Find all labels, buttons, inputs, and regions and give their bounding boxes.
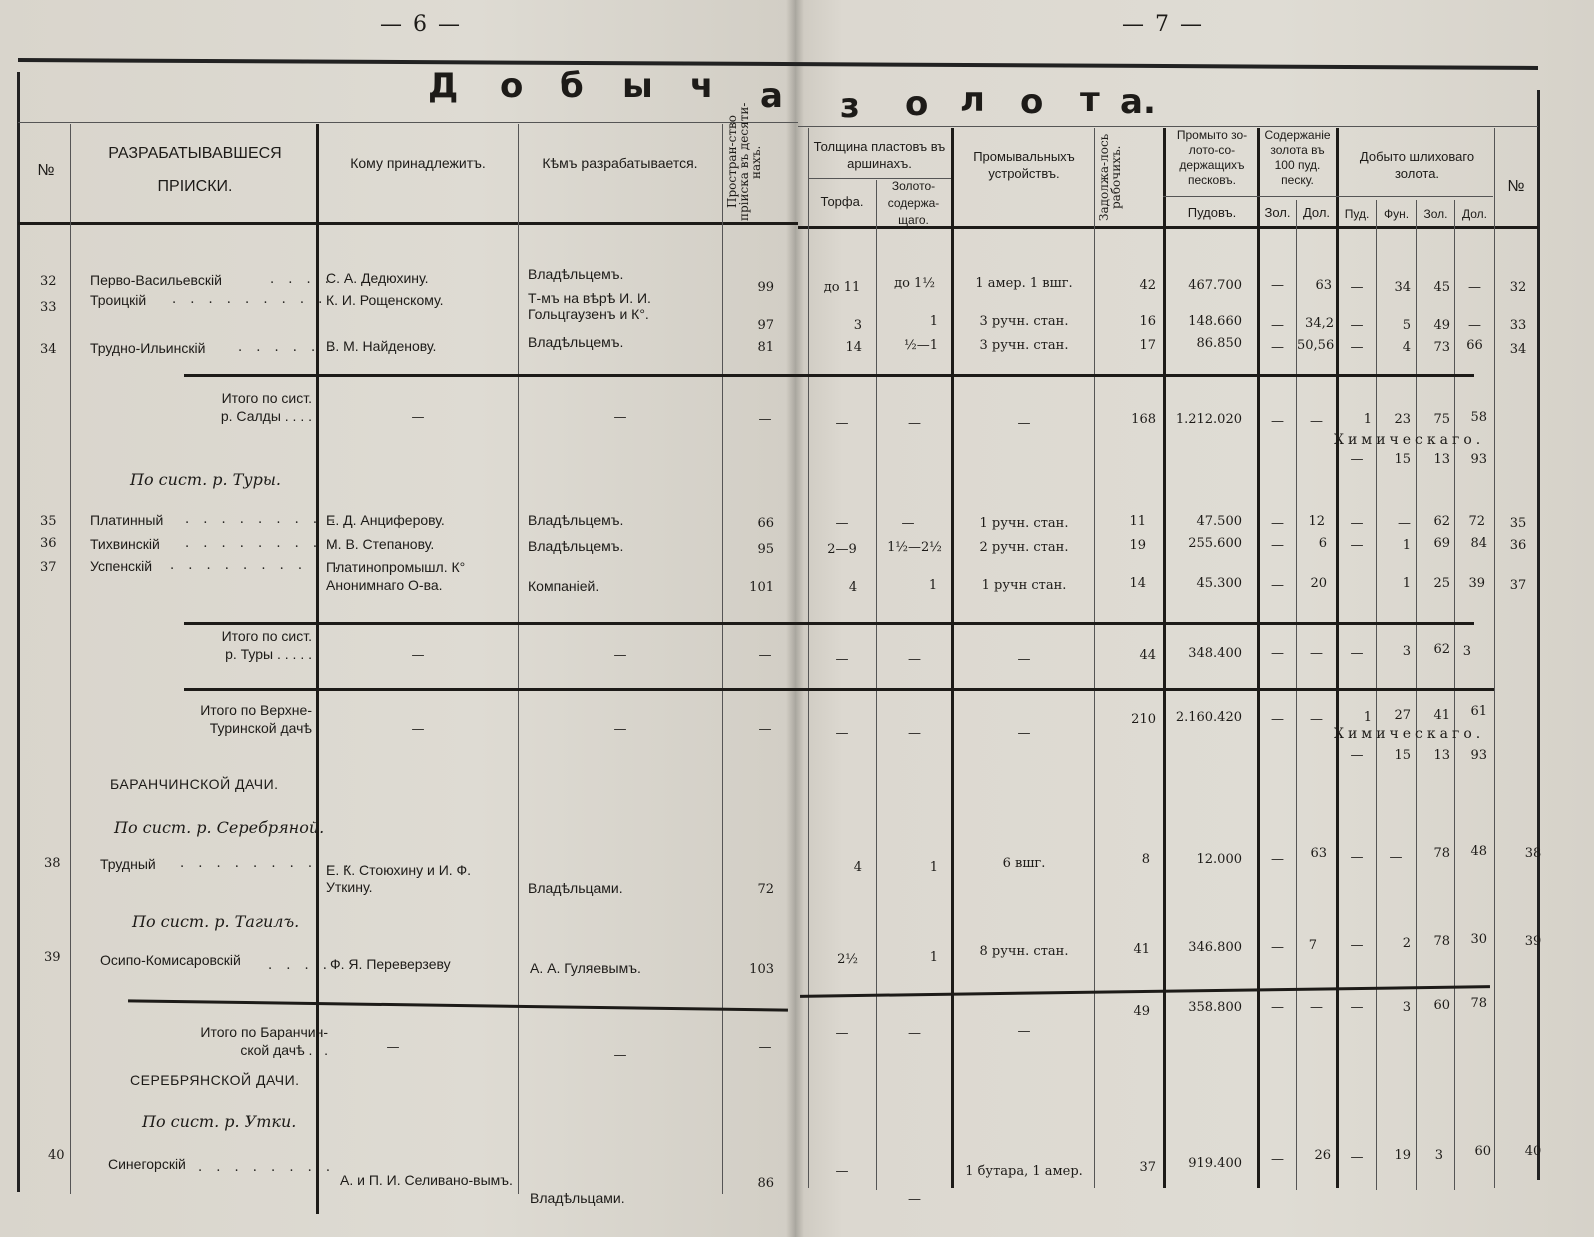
title-letter: о: [500, 66, 523, 106]
subtotal-rule: [184, 374, 1474, 377]
chemical-label: Химическаго.: [1334, 432, 1484, 448]
chemical-label: Химическаго.: [1334, 726, 1484, 742]
mine-name: Тихвинскій: [90, 536, 160, 552]
page-number-left: — 6 —: [380, 12, 462, 37]
title-letter: б: [560, 66, 584, 106]
header-content-dol: Дол.: [1297, 204, 1336, 221]
title-letter: з: [840, 86, 860, 126]
mine-name: Успенскій: [90, 558, 152, 574]
header-mined-zol: Зол.: [1417, 206, 1454, 223]
header-top-rule: [18, 122, 798, 123]
header-owner: Кому принадлежитъ.: [320, 155, 516, 172]
header-gold-content: Содержаніе золота въ 100 пуд. песку.: [1259, 128, 1336, 188]
col-rule: [722, 124, 723, 1194]
header-washing: Промывальныхъ устройствъ.: [955, 148, 1093, 182]
title-letter: Д: [428, 66, 458, 106]
col-rule: [518, 124, 519, 1194]
col-rule: [70, 124, 71, 1194]
mine-name: Троицкій: [90, 292, 146, 308]
header-workers: Задолжа-лось рабочихъ.: [1098, 128, 1160, 226]
header-mined-pud: Пуд.: [1338, 206, 1376, 223]
title-letter: л: [960, 80, 985, 120]
header-bottom-rule: [18, 222, 798, 225]
title-letter: т: [1080, 80, 1100, 120]
mine-name: Осипо-Комисаровскій: [100, 952, 241, 968]
table-frame-right: [1537, 90, 1540, 1180]
header-number: №: [22, 162, 70, 179]
header-number-right: №: [1496, 178, 1536, 195]
header-thickness: Толщина пластовъ въ аршинахъ.: [808, 138, 951, 172]
leader-dots: . . . . . .: [238, 340, 338, 355]
header-content-zol: Зол.: [1259, 204, 1296, 221]
subtotal-rule: [184, 688, 1494, 691]
leader-dots: . . . . . . . .: [198, 1160, 335, 1175]
header-mines-2: ПРІИСКИ.: [80, 178, 310, 195]
header-mined-fun: Фун.: [1377, 206, 1416, 223]
header-turf: Торфа.: [808, 193, 876, 210]
subtotal-rule: [184, 622, 1474, 625]
leader-dots: . . . . . . . . .: [185, 512, 340, 527]
page-number-right: — 7 —: [1122, 12, 1204, 37]
leader-dots: . . . .: [270, 272, 334, 287]
section-heading-serebryanaya: По сист. р. Серебряной.: [114, 818, 324, 837]
leader-dots: . . . .: [268, 958, 332, 973]
leader-dots: . . . . . . . . .: [172, 292, 327, 307]
header-top-rule: [798, 126, 1538, 127]
title-letter: ч: [690, 66, 713, 106]
mine-name: Трудный: [100, 856, 156, 872]
section-heading-baranchinsk: Баранчинской дачи.: [110, 776, 279, 792]
mine-name: Перво-Васильевскій: [90, 272, 222, 288]
header-area: Простран-ство пріиска въ десяти-нахъ.: [726, 98, 790, 226]
col-rule: [876, 180, 877, 1190]
header-washed-unit: Пудовъ.: [1166, 204, 1258, 221]
title-letter: ы: [622, 66, 653, 106]
leader-dots: . . . . . . . . . .: [170, 558, 344, 573]
header-operator: Кѣмъ разрабатывается.: [520, 155, 720, 172]
mine-name: Платинный: [90, 512, 163, 528]
header-mined-gold: Добыто шлиховаго золота.: [1340, 148, 1494, 182]
title-letter: о: [1020, 82, 1043, 122]
table-frame-left: [17, 72, 20, 1192]
mine-name: Трудно-Ильинскій: [90, 340, 205, 356]
leader-dots: . . . . . . . . .: [185, 536, 340, 551]
header-mines: РАЗРАБАТЫВАВШЕСЯ: [80, 145, 310, 162]
section-heading-tury: По сист. р. Туры.: [130, 470, 281, 489]
header-mined-dol: Дол.: [1455, 206, 1494, 223]
header-gold-layer: Золото-содержа-щаго.: [876, 178, 951, 229]
mine-name: Синегорскій: [108, 1156, 186, 1172]
section-heading-serebryansk: Серебрянской дачи.: [130, 1072, 300, 1088]
col-rule: [951, 128, 954, 1188]
subheader-rule: [1163, 196, 1493, 197]
header-washed-sand: Промыто зо-лото-со-держащихъ песковъ.: [1166, 128, 1258, 188]
title-letter: о: [905, 84, 928, 124]
col-rule: [1094, 128, 1095, 1188]
title-letter: а.: [1120, 82, 1156, 122]
col-rule: [1494, 128, 1495, 1188]
section-heading-utki: По сист. р. Утки.: [142, 1112, 296, 1131]
section-heading-tagil: По сист. р. Тагилъ.: [132, 912, 299, 931]
